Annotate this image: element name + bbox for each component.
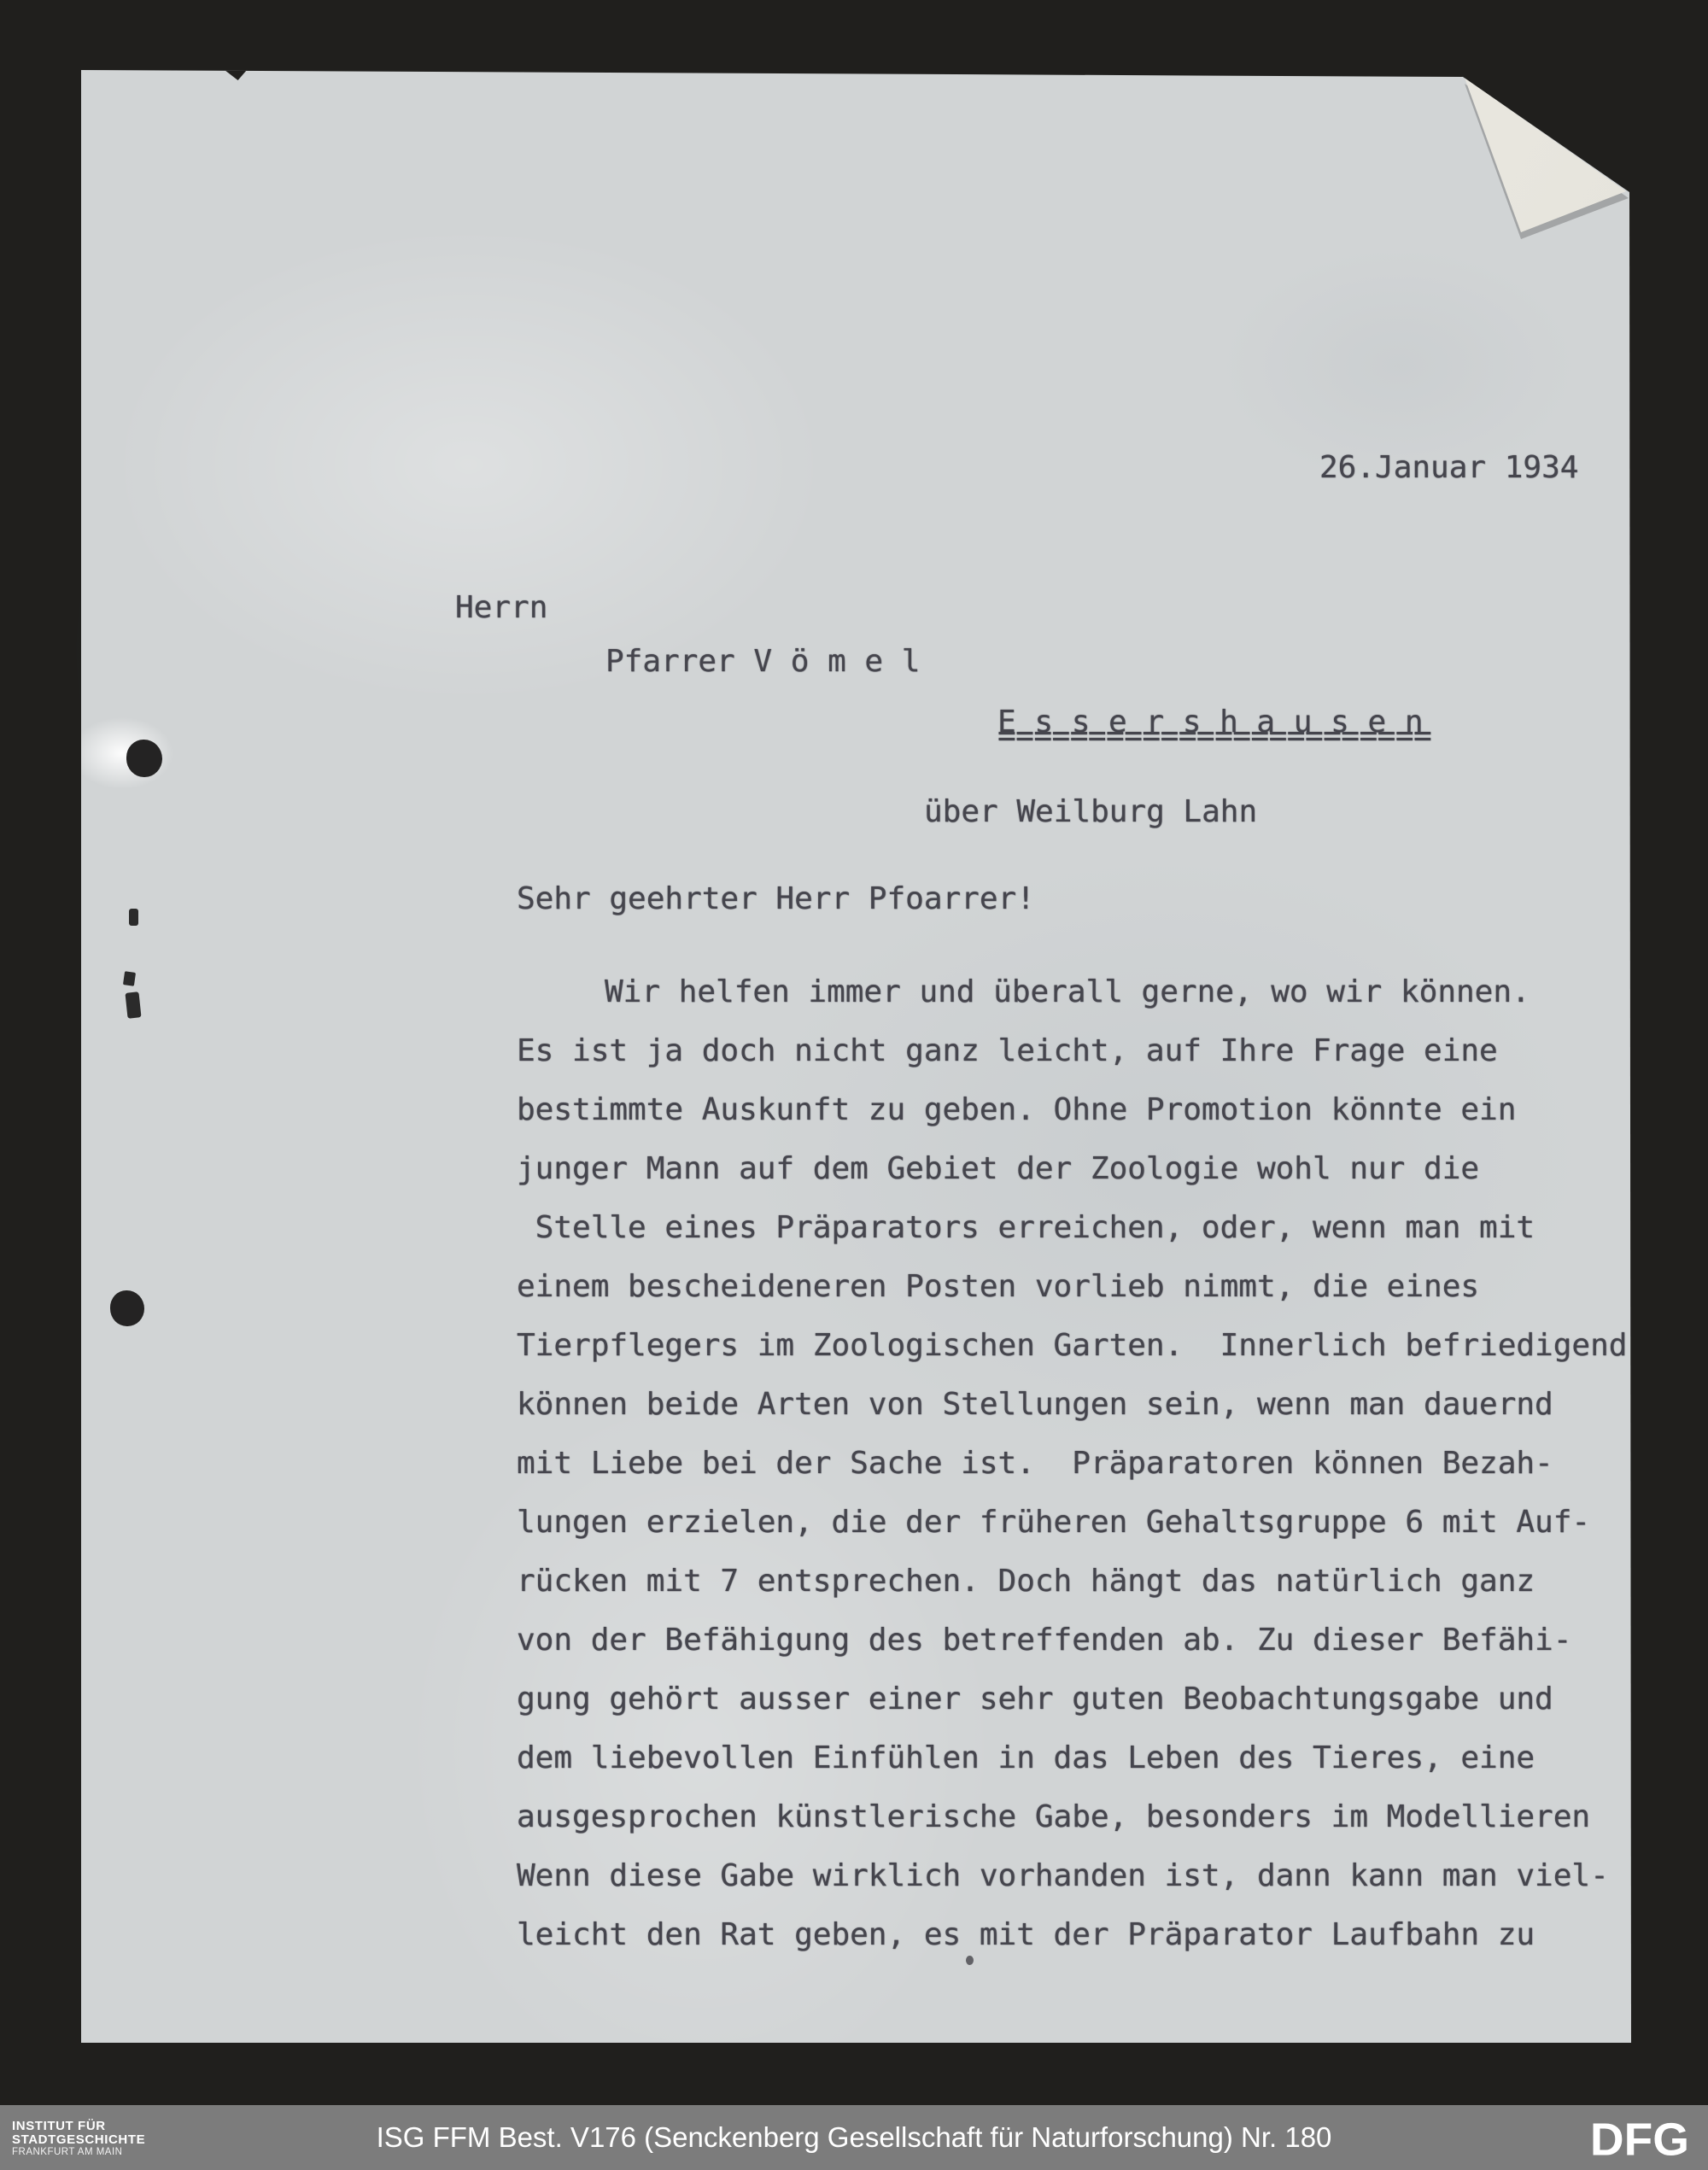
dfg-logo: DFG — [1590, 2113, 1689, 2167]
edge-mark — [123, 971, 136, 986]
edge-mark — [129, 909, 138, 926]
recipient-line-name: Pfarrer V ö m e l — [605, 643, 920, 681]
ink-speck — [966, 1956, 974, 1965]
letter-paper: 26.Januar 1934 Herrn Pfarrer V ö m e l E… — [81, 70, 1631, 2043]
letter-body-line: einem bescheideneren Posten vorlieb nimm… — [517, 1268, 1479, 1306]
recipient-line-region: über Weilburg Lahn — [924, 793, 1257, 831]
letter-body-line: rücken mit 7 entsprechen. Doch hängt das… — [517, 1563, 1535, 1600]
letter-body-line: können beide Arten von Stellungen sein, … — [517, 1386, 1553, 1424]
letter-body-line: Wir helfen immer und überall gerne, wo w… — [605, 974, 1530, 1011]
letter-body-line: bestimmte Auskunft zu geben. Ohne Promot… — [517, 1091, 1516, 1129]
archive-footer-bar: INSTITUT FÜR STADTGESCHICHTE FRANKFURT A… — [0, 2105, 1708, 2170]
letter-body-line: mit Liebe bei der Sache ist. Präparatore… — [517, 1445, 1553, 1483]
letter-body-line: leicht den Rat geben, es mit der Präpara… — [517, 1916, 1535, 1954]
punch-hole-top — [126, 740, 162, 777]
letter-body-line: Es ist ja doch nicht ganz leicht, auf Ih… — [517, 1032, 1498, 1070]
letter-body-line: Tierpflegers im Zoologischen Garten. Inn… — [517, 1327, 1627, 1365]
letter-date: 26.Januar 1934 — [1319, 449, 1578, 487]
edge-mark — [125, 991, 141, 1019]
letter-salutation: Sehr geehrter Herr Pfoarrer! — [517, 880, 1035, 918]
letter-body-line: dem liebevollen Einfühlen in das Leben d… — [517, 1740, 1535, 1777]
letter-body-line: von der Befähigung des betreffenden ab. … — [517, 1622, 1571, 1659]
folded-corner — [81, 70, 1631, 249]
letter-body-line: lungen erzielen, die der früheren Gehalt… — [517, 1504, 1590, 1541]
recipient-place-underline: ======================== — [997, 717, 1431, 755]
corner-fold-shadow — [81, 70, 1631, 258]
letter-body-line: gung gehört ausser einer sehr guten Beob… — [517, 1681, 1553, 1718]
letter-body-line: Wenn diese Gabe wirklich vorhanden ist, … — [517, 1857, 1609, 1895]
recipient-line-herrn: Herrn — [455, 589, 547, 627]
letter-body-line: ausgesprochen künstlerische Gabe, besond… — [517, 1799, 1590, 1836]
archive-reference: ISG FFM Best. V176 (Senckenberg Gesellsc… — [0, 2121, 1708, 2154]
letter-body-line: junger Mann auf dem Gebiet der Zoologie … — [517, 1150, 1479, 1188]
scanned-letter-page: 26.Januar 1934 Herrn Pfarrer V ö m e l E… — [0, 0, 1708, 2170]
top-edge-notch — [225, 70, 247, 80]
punch-hole-bottom — [110, 1290, 144, 1326]
letter-body-line: Stelle eines Präparators erreichen, oder… — [517, 1209, 1535, 1247]
